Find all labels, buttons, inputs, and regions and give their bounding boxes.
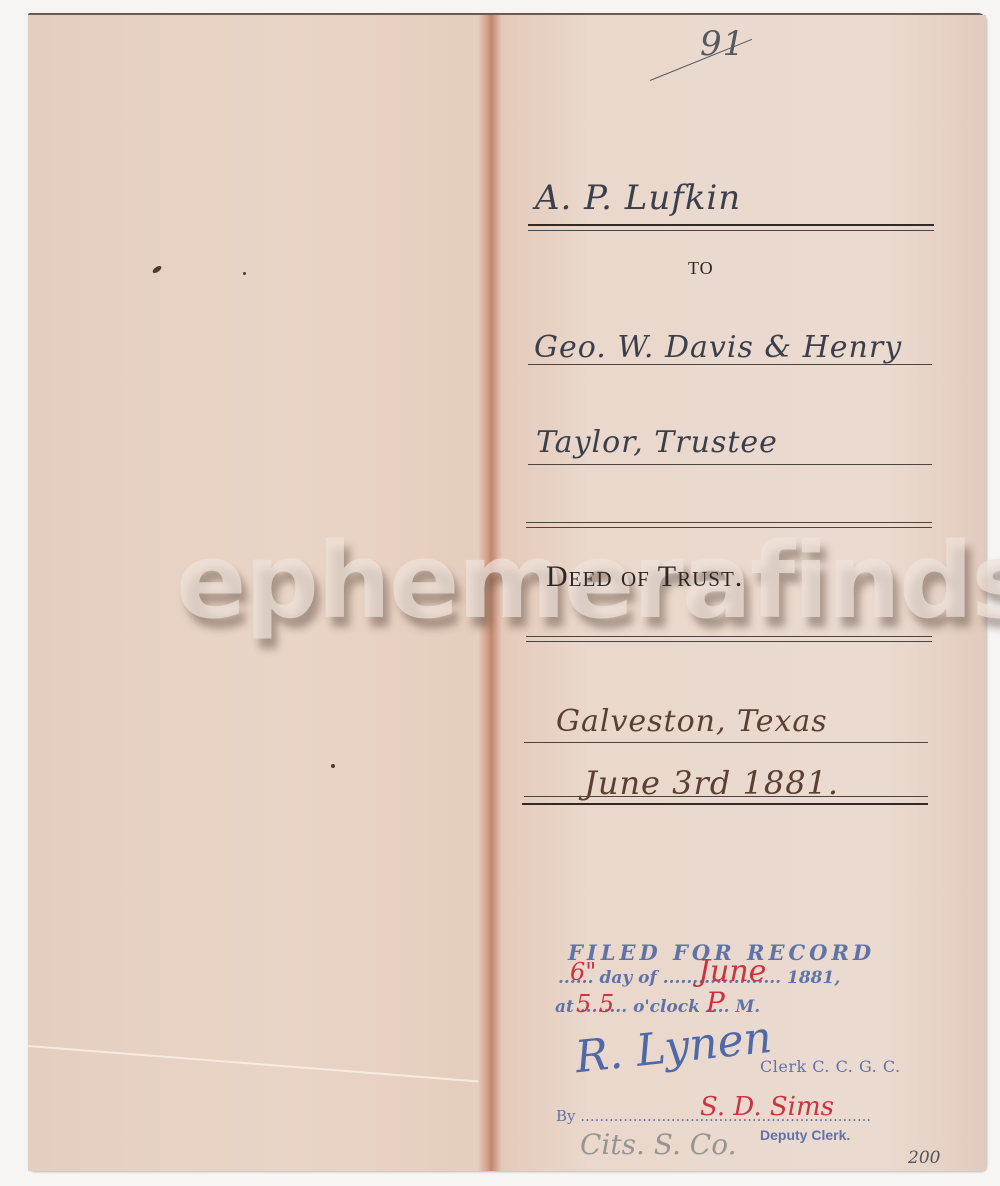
date-rule [524,796,928,797]
corner-number: 200 [908,1148,940,1168]
ink-dot [331,764,335,768]
document-title: Deed of Trust. [546,560,743,594]
title-rule-bottom-2 [526,641,932,642]
oclock-label: o'clock [633,997,700,1017]
place-rule [524,742,928,743]
to-label: TO [688,258,714,279]
pencil-note: Cits. S. Co. [580,1128,736,1161]
place-line: Galveston, Texas [556,704,828,739]
grantor-rule-thin [528,230,934,231]
by-label: By [556,1107,576,1125]
filing-month-value: June [698,954,766,989]
ink-dot [243,272,246,275]
date-rule-thick [522,803,928,805]
filing-day-value: 6" [570,958,596,986]
clerk-title: Clerk C. C. G. C. [760,1057,901,1076]
corner-crease [28,1045,479,1082]
ink-fleck [151,265,162,275]
grantor-rule [528,224,934,226]
day-label: day of [599,968,656,988]
deputy-clerk-title: Deputy Clerk. [760,1127,850,1143]
year-label: 1881, [787,968,840,988]
deputy-signature: S. D. Sims [700,1092,834,1122]
grantee-rule-1 [528,364,932,365]
title-rule-bottom [526,636,932,637]
grantee-line-2: Taylor, Trustee [536,425,778,460]
grantee-line-1: Geo. W. Davis & Henry [534,330,902,365]
filing-time-value: 5 5 [576,990,614,1018]
grantee-rule-2 [528,464,932,465]
grantor-name: A. P. Lufkin [535,178,741,218]
filing-meridiem-value: P [706,986,725,1019]
at-label: at [555,997,574,1017]
